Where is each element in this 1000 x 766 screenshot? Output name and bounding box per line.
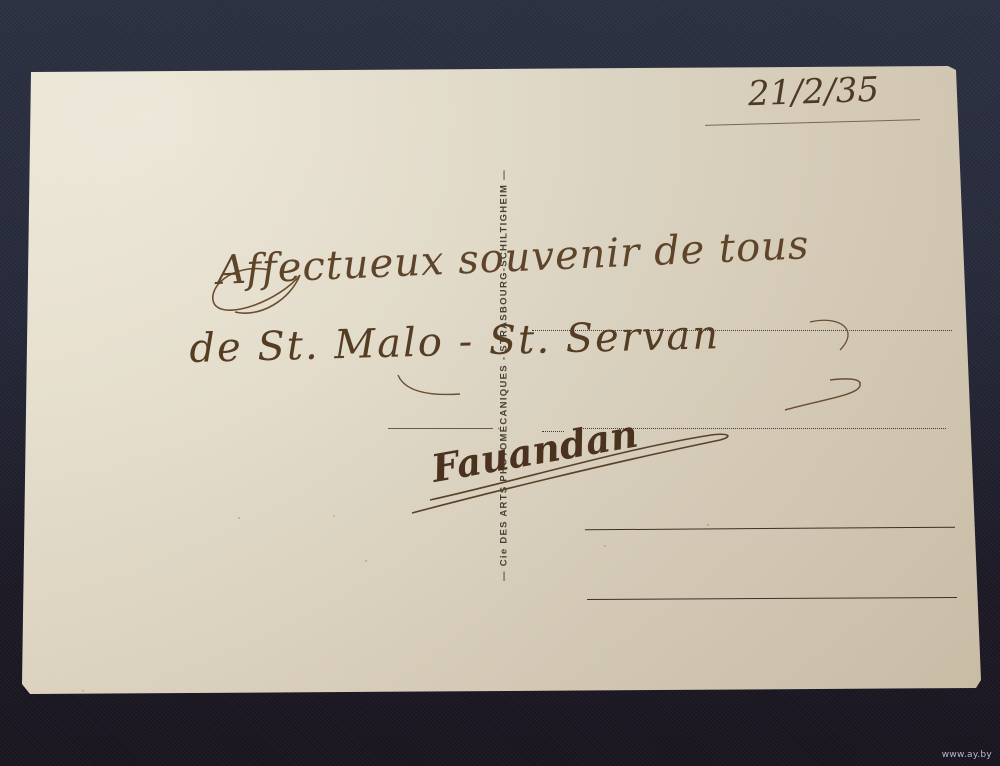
handwriting-flourishes	[0, 0, 1000, 766]
watermark: www.ay.by	[942, 750, 992, 760]
postcard-date: 21/2/35	[747, 70, 879, 115]
